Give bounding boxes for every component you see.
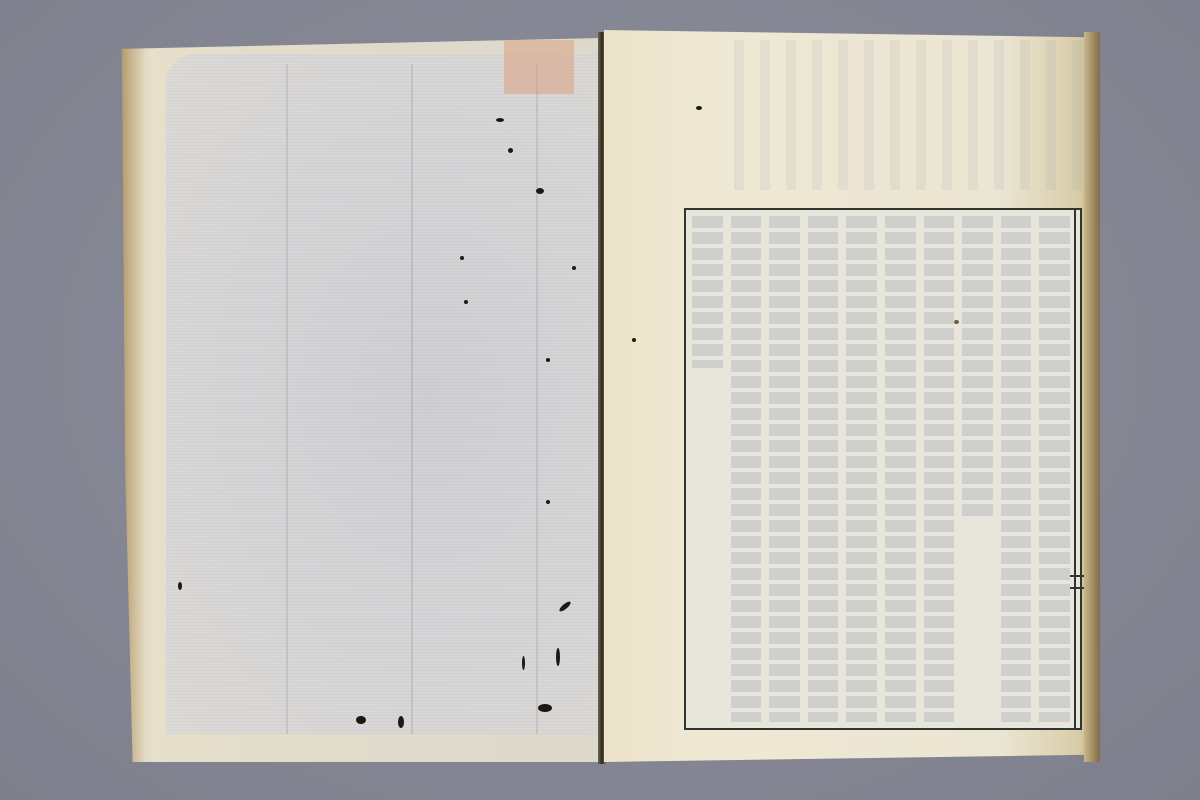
worm-hole — [460, 256, 464, 260]
worm-hole — [496, 118, 504, 122]
worm-hole — [538, 704, 552, 712]
printed-frame — [684, 208, 1082, 730]
worm-hole — [178, 582, 182, 590]
worm-hole — [398, 716, 404, 728]
worm-hole — [356, 716, 366, 724]
open-book — [0, 0, 1200, 800]
worm-hole — [508, 148, 513, 153]
edge-stain — [118, 38, 146, 762]
text-column — [692, 216, 723, 368]
text-column — [808, 216, 839, 722]
text-column — [731, 216, 762, 722]
worm-hole — [572, 266, 576, 270]
worm-hole — [556, 648, 560, 666]
block-fold-line — [1074, 208, 1076, 728]
worm-hole — [536, 188, 544, 194]
text-column — [924, 216, 955, 722]
worm-hole — [546, 358, 550, 362]
worm-hole — [632, 338, 636, 342]
repair-tissue — [166, 54, 602, 734]
text-column — [885, 216, 916, 722]
text-column — [1039, 216, 1070, 722]
worm-hole — [546, 500, 550, 504]
right-page — [604, 30, 1098, 762]
faded-seal — [504, 40, 574, 94]
bleed-line — [536, 64, 538, 734]
worm-hole — [696, 106, 702, 110]
bleed-through-text — [734, 40, 1094, 190]
worm-hole — [464, 300, 468, 304]
bleed-line — [411, 64, 413, 734]
text-column — [1001, 216, 1032, 722]
worm-hole — [954, 320, 959, 324]
text-column — [962, 216, 993, 520]
text-columns — [692, 216, 1070, 722]
bleed-line — [286, 64, 288, 734]
page-stack-edge — [1084, 32, 1100, 762]
text-column — [769, 216, 800, 722]
left-page — [118, 38, 606, 762]
worm-hole — [522, 656, 525, 670]
text-column — [846, 216, 877, 722]
